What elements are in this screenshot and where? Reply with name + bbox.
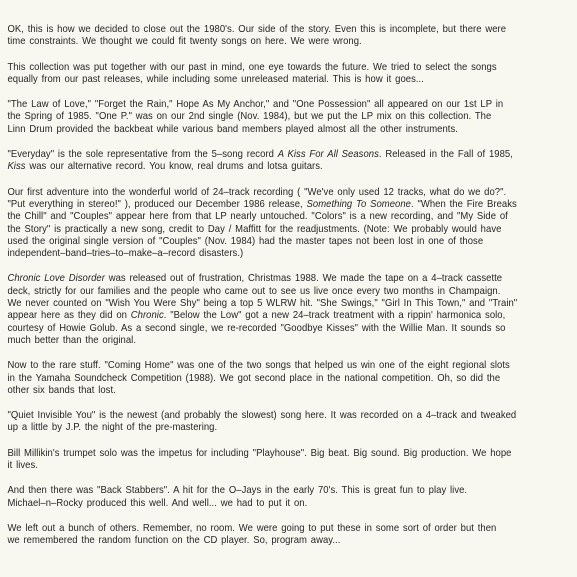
- text-line: equally from our past releases, while in…: [7, 74, 567, 86]
- liner-notes-page: OK, this is how we decided to close out …: [0, 0, 577, 577]
- text-line: up a little by J.P. the night of the pre…: [7, 422, 567, 434]
- text-line: we remembered the random function on the…: [7, 535, 567, 547]
- text-line: independent–band–tries–to–make–a–record …: [7, 248, 567, 260]
- paragraph: OK, this is how we decided to close out …: [7, 24, 567, 49]
- text-line: time constraints. We thought we could fi…: [7, 36, 567, 48]
- text-line: We left out a bunch of others. Remember,…: [7, 523, 567, 535]
- text-line: Linn Drum provided the backbeat while va…: [7, 124, 567, 136]
- paragraph: "The Law of Love," "Forget the Rain," Ho…: [7, 99, 567, 136]
- text-line: it lives.: [7, 460, 567, 472]
- paragraph: "Everyday" is the sole representative fr…: [7, 149, 567, 174]
- text-line: deck, strictly for our families and the …: [7, 286, 567, 298]
- paragraph: Chronic Love Disorder was released out o…: [7, 273, 567, 347]
- text-line: in the Yamaha Soundcheck Competition (19…: [7, 373, 567, 385]
- text-line: We never counted on "Wish You Were Shy" …: [7, 298, 567, 310]
- text-line: Kiss was our alternative record. You kno…: [7, 161, 567, 173]
- text-line: other six bands that lost.: [7, 385, 567, 397]
- text-line: "Quiet Invisible You" is the newest (and…: [7, 410, 567, 422]
- text-line: Bill Millikin's trumpet solo was the imp…: [7, 448, 567, 460]
- text-line: courtesy of Howie Golub. As a second sin…: [7, 323, 567, 335]
- text-line: "Everyday" is the sole representative fr…: [7, 149, 567, 161]
- text-line: OK, this is how we decided to close out …: [7, 24, 567, 36]
- paragraph: Now to the rare stuff. "Coming Home" was…: [7, 360, 567, 397]
- text-line: "The Law of Love," "Forget the Rain," Ho…: [7, 99, 567, 111]
- paragraph: We left out a bunch of others. Remember,…: [7, 523, 567, 548]
- paragraph: "Quiet Invisible You" is the newest (and…: [7, 410, 567, 435]
- text-line: used the original single version of "Cou…: [7, 236, 567, 248]
- text-line: This collection was put together with ou…: [7, 62, 567, 74]
- paragraph: And then there was "Back Stabbers". A hi…: [7, 485, 567, 510]
- text-line: Our first adventure into the wonderful w…: [7, 187, 567, 199]
- text-line: "Put everything in stereo!" ), produced …: [7, 199, 567, 211]
- text-line: the Chill" and "Couples" appear here fro…: [7, 211, 567, 223]
- text-line: And then there was "Back Stabbers". A hi…: [7, 485, 567, 497]
- text-line: the Spring of 1985. "One P." was on our …: [7, 111, 567, 123]
- text-line: Michael–n–Rocky produced this well. And …: [7, 498, 567, 510]
- text-line: much better than the original.: [7, 335, 567, 347]
- paragraph: Our first adventure into the wonderful w…: [7, 187, 567, 261]
- text-line: Chronic Love Disorder was released out o…: [7, 273, 567, 285]
- paragraph: Bill Millikin's trumpet solo was the imp…: [7, 448, 567, 473]
- text-line: Now to the rare stuff. "Coming Home" was…: [7, 360, 567, 372]
- text-line: appear here as they did on Chronic. "Bel…: [7, 310, 567, 322]
- paragraph: This collection was put together with ou…: [7, 62, 567, 87]
- text-line: the Story" is practically a new song, cr…: [7, 224, 567, 236]
